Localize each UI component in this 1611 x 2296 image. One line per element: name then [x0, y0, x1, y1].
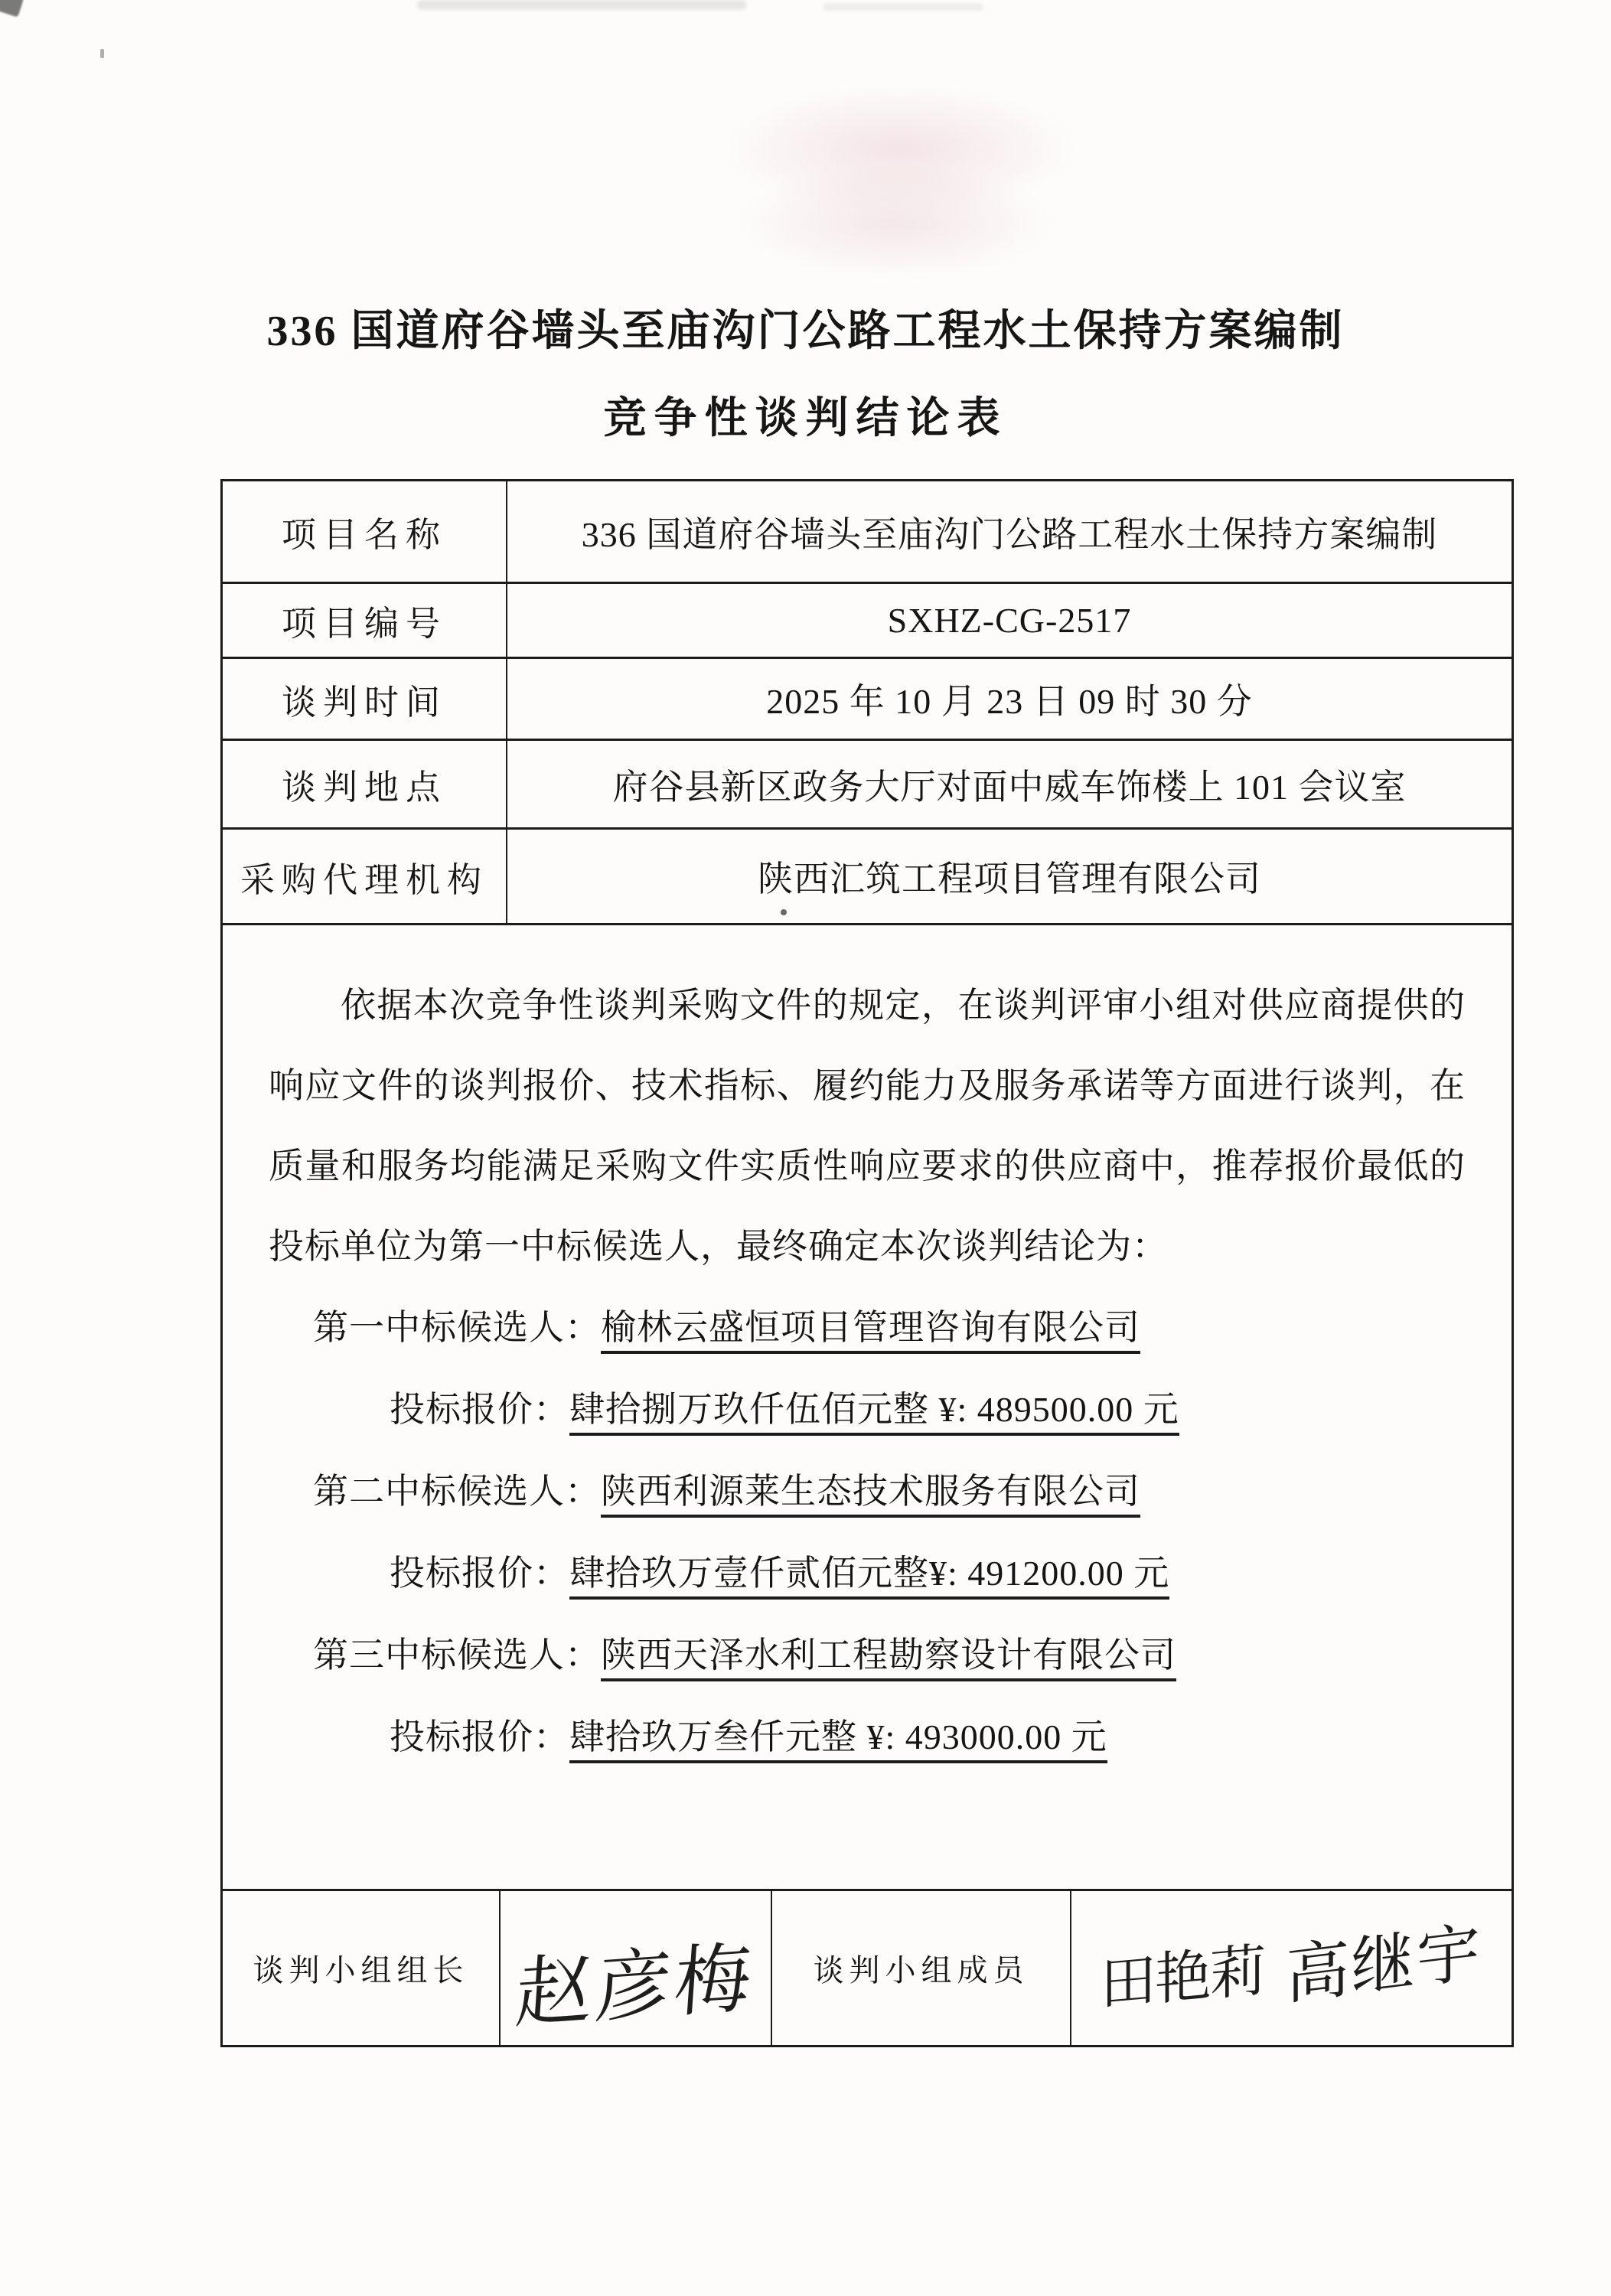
- first-candidate-price: 肆拾捌万玖仟伍佰元整 ¥: 489500.00 元: [569, 1390, 1179, 1436]
- first-candidate-price-label: 投标报价：: [390, 1390, 569, 1429]
- second-candidate-price-line: 投标报价：肆拾玖万壹仟贰佰元整¥: 491200.00 元: [269, 1532, 1466, 1614]
- procurement-agency-label: 采购代理机构: [223, 830, 507, 923]
- conclusion-text-cell: 依据本次竞争性谈判采购文件的规定，在谈判评审小组对供应商提供的 响应文件的谈判报…: [223, 925, 1512, 1891]
- second-candidate-price-label: 投标报价：: [390, 1554, 569, 1593]
- first-candidate-line: 第一中标候选人：榆林云盛恒项目管理咨询有限公司: [269, 1287, 1466, 1368]
- third-candidate-company: 陕西天泽水利工程勘察设计有限公司: [601, 1636, 1176, 1681]
- conclusion-paragraph-line: 投标单位为第一中标候选人，最终确定本次谈判结论为：: [269, 1206, 1466, 1287]
- second-candidate-price: 肆拾玖万壹仟贰佰元整¥: 491200.00 元: [569, 1554, 1169, 1600]
- scan-artifact-streak: [417, 0, 746, 10]
- third-candidate-price-label: 投标报价：: [390, 1717, 569, 1756]
- negotiation-group-leader-cell: 谈判小组组长: [223, 1891, 501, 2045]
- negotiation-group-leader-label: 谈判小组组长: [253, 1946, 469, 1990]
- table-row-negotiation-time: 谈判时间 2025 年 10 月 23 日 09 时 30 分: [223, 659, 1512, 741]
- third-candidate-label: 第三中标候选人：: [313, 1636, 601, 1675]
- project-name-value: 336 国道府谷墙头至庙沟门公路工程水土保持方案编制: [507, 481, 1512, 582]
- project-number-value: SXHZ-CG-2517: [507, 584, 1512, 657]
- project-number-label: 项目编号: [223, 584, 507, 657]
- scan-artifact-streak: [823, 3, 983, 11]
- negotiation-time-value: 2025 年 10 月 23 日 09 时 30 分: [507, 659, 1512, 739]
- signature-row: 谈判小组组长 赵彦梅 谈判小组成员 田艳莉 高继宇: [223, 1891, 1512, 2045]
- document-title-line2: 竞争性谈判结论表: [0, 384, 1611, 445]
- scanned-document-page: 336 国道府谷墙头至庙沟门公路工程水土保持方案编制 竞争性谈判结论表 项目名称…: [0, 0, 1611, 2296]
- third-candidate-line: 第三中标候选人：陕西天泽水利工程勘察设计有限公司: [269, 1614, 1466, 1696]
- first-candidate-price-line: 投标报价：肆拾捌万玖仟伍佰元整 ¥: 489500.00 元: [269, 1368, 1466, 1450]
- member-handwritten-signature-1: 田艳莉: [1101, 1925, 1265, 2020]
- procurement-agency-value: 陕西汇筑工程项目管理有限公司: [507, 830, 1512, 923]
- third-candidate-price: 肆拾玖万叁仟元整 ¥: 493000.00 元: [569, 1717, 1107, 1763]
- first-candidate-company: 榆林云盛恒项目管理咨询有限公司: [601, 1308, 1140, 1354]
- conclusion-paragraph-line: 响应文件的谈判报价、技术指标、履约能力及服务承诺等方面进行谈判，在: [269, 1045, 1466, 1126]
- second-candidate-label: 第二中标候选人：: [313, 1472, 601, 1511]
- negotiation-time-label: 谈判时间: [223, 659, 507, 739]
- members-signature-cell: 田艳莉 高继宇: [1071, 1891, 1512, 2045]
- scan-artifact-corner: [0, 0, 24, 18]
- negotiation-place-value: 府谷县新区政务大厅对面中威车饰楼上 101 会议室: [507, 741, 1512, 827]
- conclusion-paragraph-line: 依据本次竞争性谈判采购文件的规定，在谈判评审小组对供应商提供的: [269, 965, 1466, 1045]
- document-title-line1: 336 国道府谷墙头至庙沟门公路工程水土保持方案编制: [0, 297, 1611, 358]
- negotiation-place-label: 谈判地点: [223, 741, 507, 827]
- negotiation-group-members-cell: 谈判小组成员: [772, 1891, 1071, 2045]
- table-row-project-number: 项目编号 SXHZ-CG-2517: [223, 584, 1512, 659]
- table-row-procurement-agency: 采购代理机构 陕西汇筑工程项目管理有限公司: [223, 830, 1512, 925]
- second-candidate-line: 第二中标候选人：陕西利源莱生态技术服务有限公司: [269, 1450, 1466, 1532]
- third-candidate-price-line: 投标报价：肆拾玖万叁仟元整 ¥: 493000.00 元: [269, 1696, 1466, 1778]
- leader-signature-cell: 赵彦梅: [501, 1891, 772, 2045]
- first-candidate-label: 第一中标候选人：: [313, 1308, 601, 1347]
- member-handwritten-signature-2: 高继宇: [1286, 1900, 1482, 2017]
- scan-artifact-bleedthrough: [735, 165, 1056, 279]
- table-row-negotiation-place: 谈判地点 府谷县新区政务大厅对面中威车饰楼上 101 会议室: [223, 741, 1512, 830]
- conclusion-paragraph-line: 质量和服务均能满足采购文件实质性响应要求的供应商中，推荐报价最低的: [269, 1126, 1466, 1206]
- leader-handwritten-signature: 赵彦梅: [512, 1915, 758, 2043]
- second-candidate-company: 陕西利源莱生态技术服务有限公司: [601, 1472, 1140, 1518]
- scan-artifact-bleedthrough: [719, 84, 1079, 214]
- scan-artifact-speck: [100, 49, 104, 58]
- conclusion-table: 项目名称 336 国道府谷墙头至庙沟门公路工程水土保持方案编制 项目编号 SXH…: [220, 479, 1514, 2047]
- negotiation-group-members-label: 谈判小组成员: [814, 1946, 1029, 1990]
- project-name-label: 项目名称: [223, 481, 507, 582]
- table-row-project-name: 项目名称 336 国道府谷墙头至庙沟门公路工程水土保持方案编制: [223, 481, 1512, 584]
